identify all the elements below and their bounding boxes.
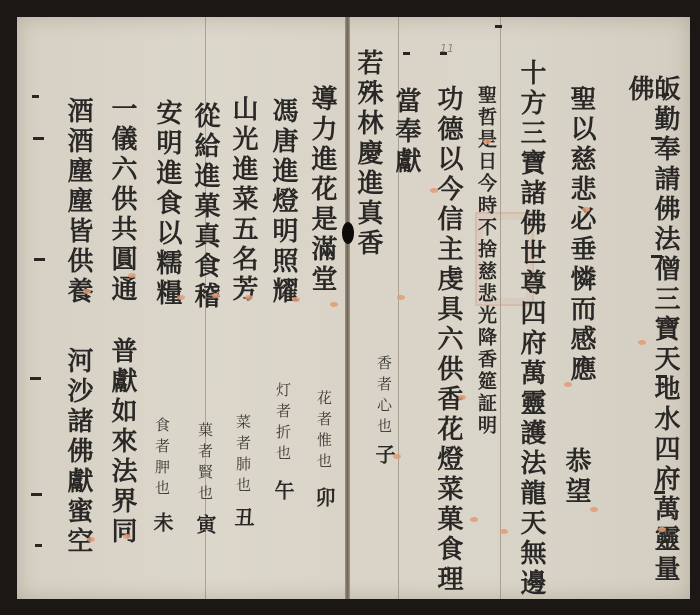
margin-mark <box>495 25 502 28</box>
vermilion-dot <box>330 302 338 307</box>
left-column-7: 酒酒塵塵皆供養 <box>65 97 91 307</box>
right-column-4: 十方三寶諸佛世尊四府萬靈護法龍天無邊 <box>518 59 544 599</box>
margin-mark <box>403 52 410 55</box>
right-column-3: 恭望 <box>563 447 589 507</box>
vermilion-dot <box>128 273 136 278</box>
vermilion-dot <box>123 534 131 539</box>
left-column-2: 馮唐進燈明照耀 <box>270 97 296 307</box>
annotation-lamp-branch: 午 <box>273 480 293 504</box>
vermilion-dot <box>430 188 438 193</box>
vermilion-dot <box>397 295 405 300</box>
right-column-2: 聖以慈悲必垂憐而感應 <box>568 85 594 385</box>
vermilion-dot <box>470 517 478 522</box>
annotation-incense-branch: 子 <box>374 444 394 468</box>
margin-mark <box>35 544 42 547</box>
vermilion-dot <box>177 295 185 300</box>
margin-mark <box>662 93 669 96</box>
annotation-vegetable-branch: 丑 <box>233 507 253 531</box>
right-column-6: 功德以今信主虔具六供香花燈菜菓食理 <box>435 85 461 595</box>
vermilion-dot <box>245 295 253 300</box>
left-column-8: 普獻如來法界同 <box>109 337 135 547</box>
left-page: 導力進花是滿堂 馮唐進燈明照耀 山光進菜五名芳 從給進菓真食稽 安明進食以糯糧 … <box>17 17 347 599</box>
right-page: 11 皈勤奉請佛法僧三寶天地水四府萬靈量佛 聖以慈悲必垂憐而感應 恭望 十方三寶… <box>350 17 690 599</box>
margin-mark <box>651 255 662 258</box>
annotation-flower-branch: 卯 <box>314 487 334 511</box>
annotation-food: 食者胛也 <box>154 417 169 501</box>
right-column-5: 聖哲是日今時不捨慈悲光降香筵証明 <box>476 85 495 437</box>
vermilion-dot <box>638 340 646 345</box>
margin-mark <box>31 493 42 496</box>
vermilion-dot <box>393 454 401 459</box>
right-column-8: 若殊林慶進真香 <box>355 49 381 259</box>
vermilion-dot <box>212 293 220 298</box>
left-column-5: 安明進食以糯糧 <box>154 99 180 309</box>
vermilion-dot <box>87 537 95 542</box>
margin-mark <box>654 491 665 494</box>
margin-mark <box>651 137 662 140</box>
margin-mark <box>662 540 669 543</box>
annotation-incense: 香者心也 <box>376 355 391 439</box>
margin-mark <box>30 377 41 380</box>
vermilion-dot <box>564 382 572 387</box>
annotation-flower: 花者惟也 <box>316 390 331 474</box>
right-column-1: 皈勤奉請佛法僧三寶天地水四府萬靈量佛 <box>626 75 678 599</box>
vermilion-dot <box>458 395 466 400</box>
annotation-fruit-branch: 寅 <box>195 514 215 538</box>
margin-mark <box>33 137 44 140</box>
annotation-fruit: 菓者賢也 <box>197 422 212 506</box>
margin-mark <box>32 95 39 98</box>
vermilion-dot <box>292 297 300 302</box>
vermilion-dot <box>83 289 91 294</box>
margin-mark <box>440 52 447 55</box>
vermilion-dot <box>582 207 590 212</box>
annotation-lamp: 灯者折也 <box>275 382 290 466</box>
right-column-7: 當奉獻 <box>393 87 419 177</box>
manuscript-sheet: 導力進花是滿堂 馮唐進燈明照耀 山光進菜五名芳 從給進菓真食稽 安明進食以糯糧 … <box>17 17 690 599</box>
annotation-vegetable: 菜者肺也 <box>235 414 250 498</box>
left-column-4: 從給進菓真食稽 <box>192 102 218 312</box>
paper-fold-line <box>500 17 501 599</box>
margin-mark <box>656 375 667 378</box>
vermilion-dot <box>483 139 491 144</box>
margin-mark <box>34 258 45 261</box>
vermilion-dot <box>590 507 598 512</box>
annotation-food-branch: 未 <box>152 512 172 536</box>
left-column-1: 導力進花是滿堂 <box>309 85 335 295</box>
vermilion-dot <box>500 529 508 534</box>
left-column-3: 山光進菜五名芳 <box>230 95 256 305</box>
left-column-9: 河沙諸佛獻蜜空 <box>65 347 91 557</box>
vermilion-dot <box>658 527 666 532</box>
